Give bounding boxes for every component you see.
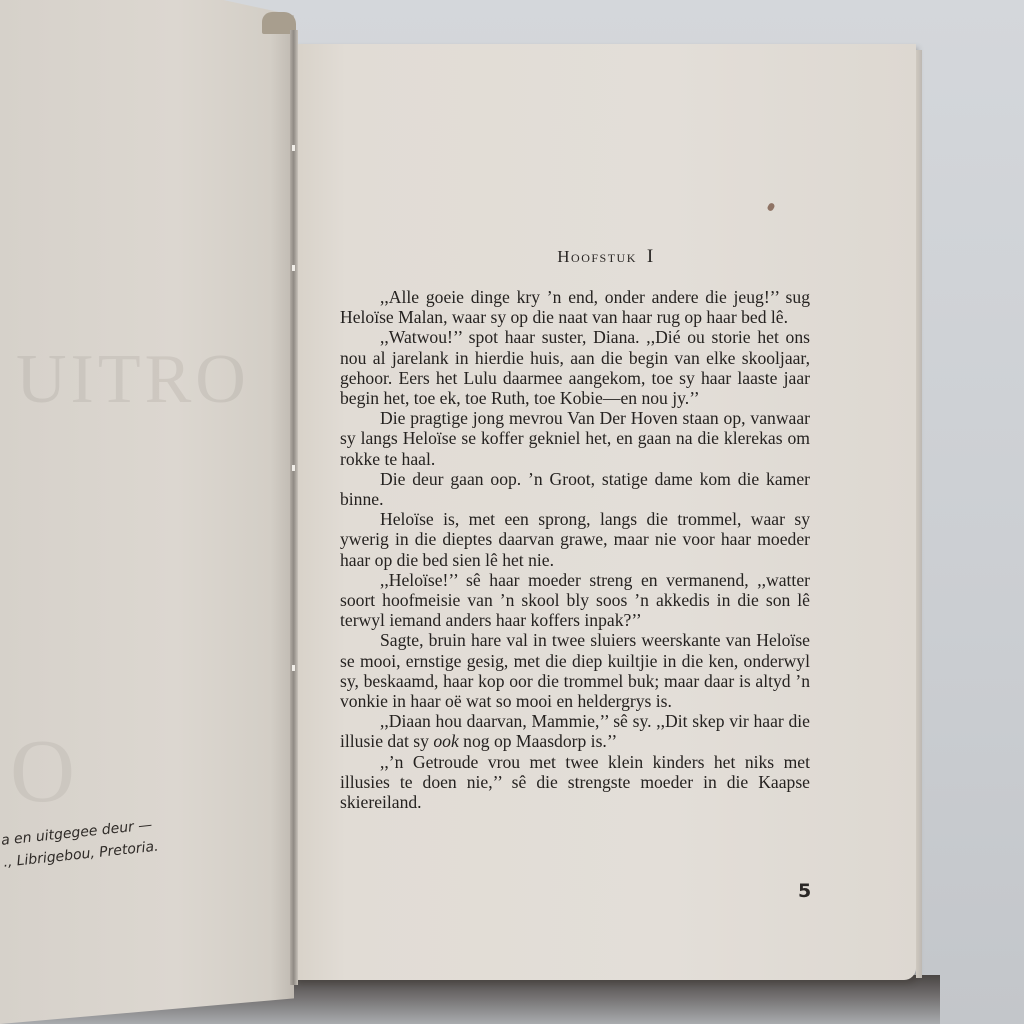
paragraph: Heloïse is, met een sprong, langs die tr… [340, 509, 810, 570]
paragraph: ,,’n Getroude vrou met twee klein kinder… [340, 752, 810, 813]
paragraph: Die deur gaan oop. ’n Groot, statige dam… [340, 469, 810, 509]
emphasis-text: ook [433, 731, 458, 751]
left-page [0, 0, 294, 1024]
chapter-numeral: I [647, 246, 655, 267]
chapter-label: Hoofstuk [557, 247, 637, 266]
paragraph-text: nog op Maasdorp is.’’ [459, 731, 617, 751]
binding-stitch [292, 465, 295, 471]
page-number: 5 [798, 880, 811, 902]
paragraph: ,,Diaan hou daarvan, Mammie,’’ sê sy. ,,… [340, 711, 810, 751]
binding-stitch [292, 265, 295, 271]
chapter-body: ,,Alle goeie dinge kry ’n end, onder and… [340, 287, 810, 812]
bleed-through-glyph: O [10, 720, 75, 823]
binding-stitch [292, 665, 295, 671]
chapter-heading: HoofstukI [296, 246, 916, 268]
binding-stitch [292, 145, 295, 151]
paragraph: Sagte, bruin hare val in twee sluiers we… [340, 630, 810, 711]
book-gutter [290, 30, 298, 985]
paragraph: Die pragtige jong mevrou Van Der Hoven s… [340, 408, 810, 469]
paragraph: ,,Watwou!’’ spot haar suster, Diana. ,,D… [340, 327, 810, 408]
bleed-through-text: UITRO [16, 340, 250, 420]
paragraph: ,,Alle goeie dinge kry ’n end, onder and… [340, 287, 810, 327]
paragraph: ,,Heloïse!’’ sê haar moeder streng en ve… [340, 570, 810, 631]
